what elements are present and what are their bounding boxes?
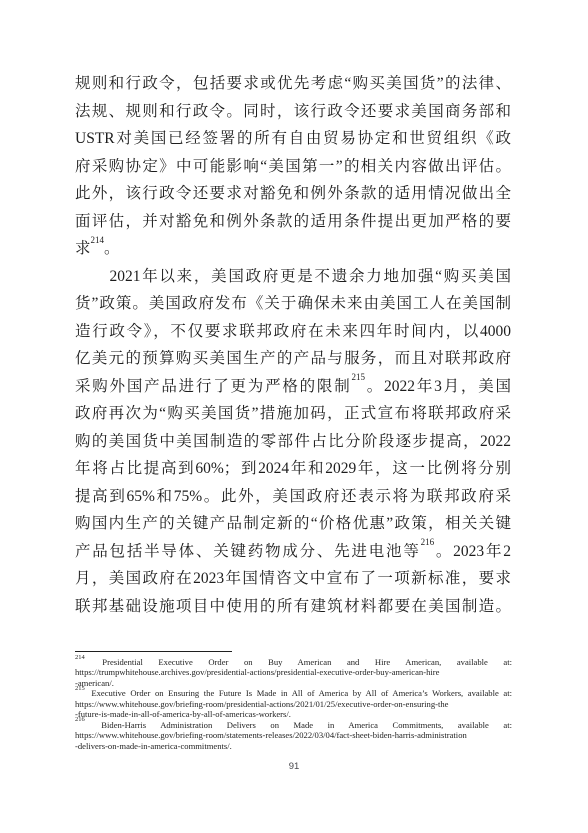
body-line: 货”政策。美国政府发布《关于确保未来由美国工人在美国制 [75, 290, 511, 318]
footnote-ref: 214 [91, 235, 105, 245]
footnote-line: 216 Biden-Harris Administration Delivers… [75, 720, 512, 730]
body-line: 购国内生产的关键产品制定新的“价格优惠”政策，相关关键 [75, 510, 511, 538]
body-line: 联邦基础设施项目中使用的所有建筑材料都要在美国制造。 [75, 593, 511, 621]
body-line: 年将占比提高到60%；到2024年和2029年，这一比例将分别 [75, 455, 511, 483]
body-line: 月，美国政府在2023年国情咨文中宣布了一项新标准，要求 [75, 565, 511, 593]
footnote-marker: 215 [75, 685, 87, 692]
body-line: 提高到65%和75%。此外，美国政府还表示将为联邦政府采 [75, 483, 511, 511]
body-line: 采购外国产品进行了更为严格的限制215。2022年3月，美国 [75, 373, 511, 401]
body-line: 府采购协定》中可能影响“美国第一”的相关内容做出评估。 [75, 153, 511, 181]
body-line: 法规、规则和行政令。同时，该行政令还要求美国商务部和 [75, 98, 511, 126]
footnote-line: 214 Presidential Executive Order on Buy … [75, 657, 512, 667]
body-line: 造行政令》，不仅要求联邦政府在未来四年时间内，以4000 [75, 318, 511, 346]
footnote-line: https://www.whitehouse.gov/briefing-room… [75, 730, 512, 740]
footnote-separator [75, 651, 232, 652]
footnote-marker: 214 [75, 654, 87, 661]
footnote-ref: 215 [351, 372, 365, 382]
document-page: 规则和行政令，包括要求或优先考虑“购买美国货”的法律、法规、规则和行政令。同时，… [0, 0, 588, 833]
page-number: 91 [0, 761, 588, 772]
body-line: 政府再次为“购买美国货”措施加码，正式宣布将联邦政府采 [75, 400, 511, 428]
body-line: 面评估，并对豁免和例外条款的适用条件提出更加严格的要 [75, 208, 511, 236]
body-line: 此外，该行政令还要求对豁免和例外条款的适用情况做出全 [75, 180, 511, 208]
footnote-line: https://www.whitehouse.gov/briefing-room… [75, 699, 512, 709]
body-line: USTR对美国已经签署的所有自由贸易协定和世贸组织《政 [75, 125, 511, 153]
footnote-line: 215 Executive Order on Ensuring the Futu… [75, 688, 512, 698]
footnote-line: -delivers-on-made-in-america-commitments… [75, 741, 512, 751]
body-line: 2021年以来，美国政府更是不遗余力地加强“购买美国 [75, 263, 511, 291]
body-line: 亿美元的预算购买美国生产的产品与服务，而且对联邦政府 [75, 345, 511, 373]
body-line: 规则和行政令，包括要求或优先考虑“购买美国货”的法律、 [75, 70, 511, 98]
body-line: 购的美国货中美国制造的零部件占比分阶段逐步提高，2022 [75, 428, 511, 456]
body-text: 规则和行政令，包括要求或优先考虑“购买美国货”的法律、法规、规则和行政令。同时，… [75, 70, 511, 620]
body-line: 产品包括半导体、关键药物成分、先进电池等216。2023年2 [75, 538, 511, 566]
footnote-line: -american/. [75, 678, 512, 688]
footnote-marker: 216 [75, 716, 87, 723]
footnotes: 214 Presidential Executive Order on Buy … [75, 657, 512, 751]
footnote-ref: 216 [421, 537, 435, 547]
footnote-line: -future-is-made-in-all-of-america-by-all… [75, 709, 512, 719]
footnote-line: https://trumpwhitehouse.archives.gov/pre… [75, 667, 512, 677]
body-line: 求214。 [75, 235, 511, 263]
